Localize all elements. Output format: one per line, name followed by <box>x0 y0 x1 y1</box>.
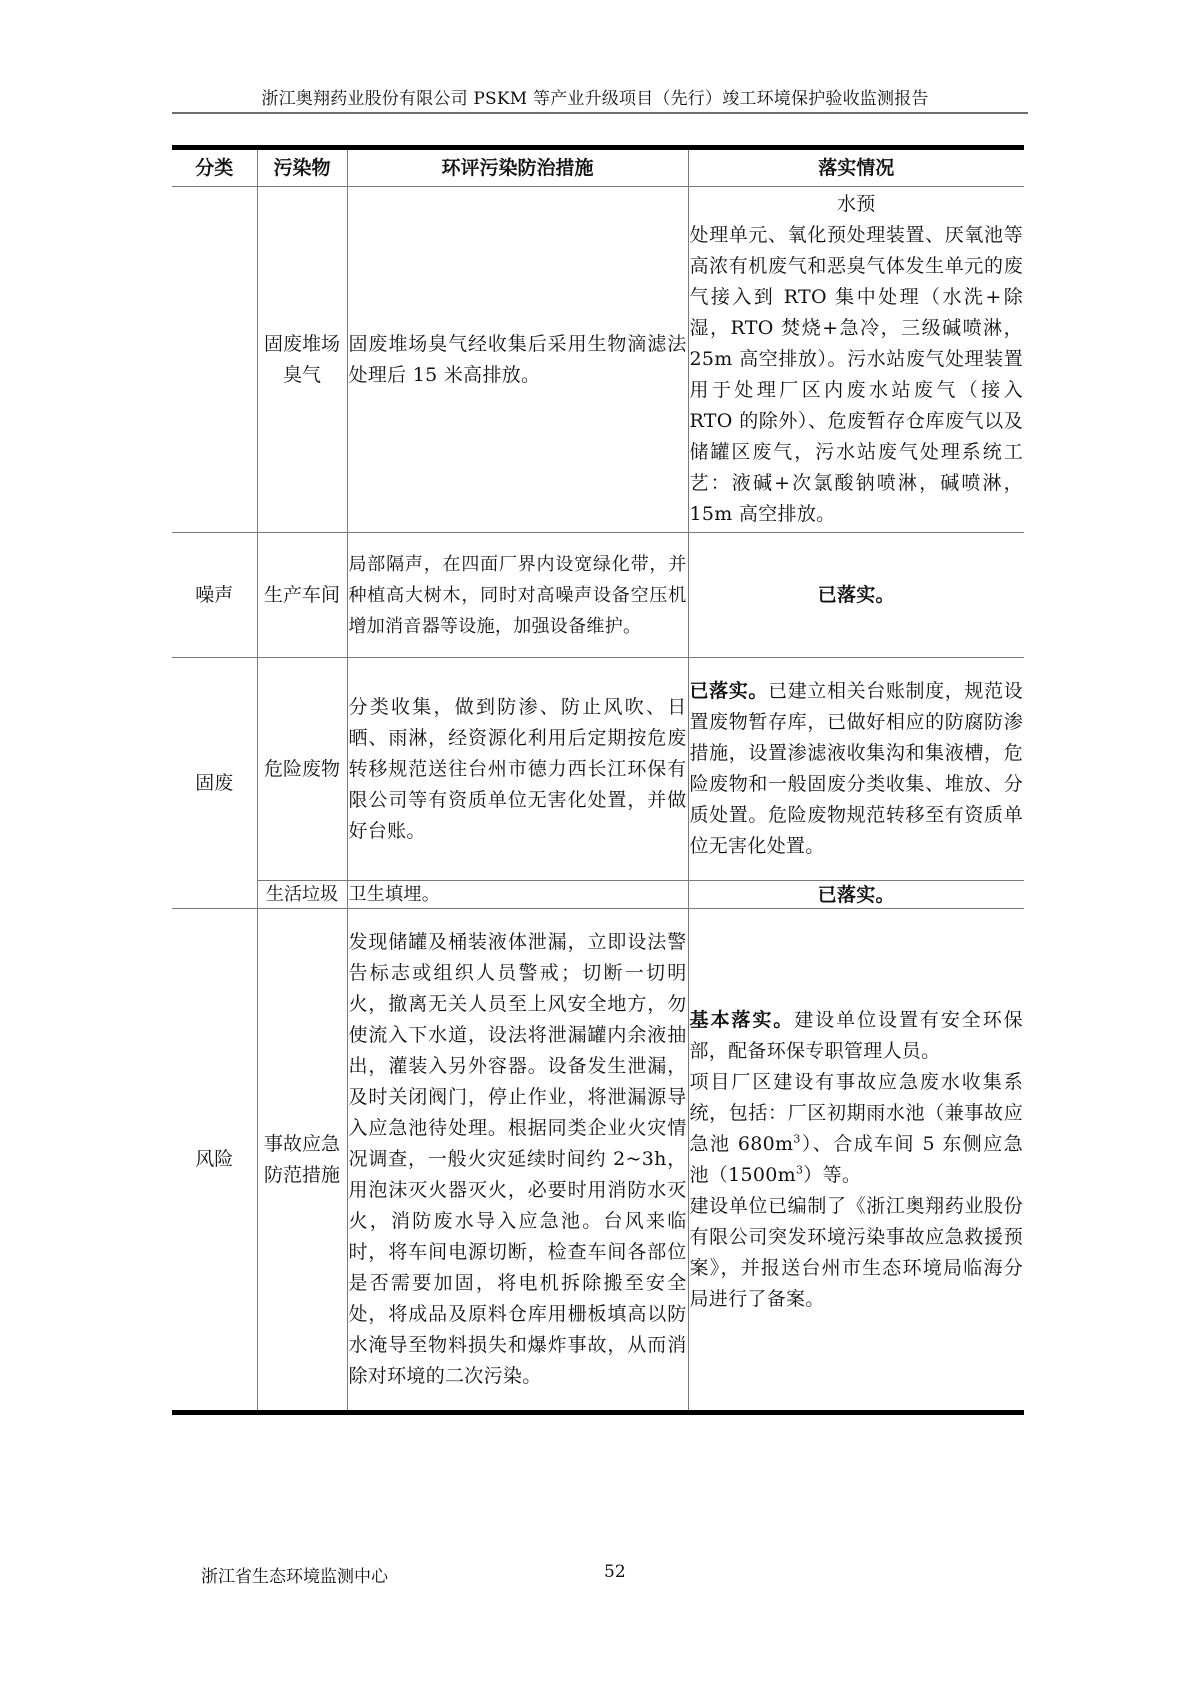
status-text: 已落实。 <box>690 882 1024 908</box>
status-cell: 基本落实。建设单位设置有安全环保部，配备环保专职管理人员。 项目厂区建设有事故应… <box>688 909 1024 1413</box>
status-text: 已建立相关台账制度，规范设置废物暂存库，已做好相应的防腐防渗措施，设置渗滤液收集… <box>690 680 1024 857</box>
category-cell: 风险 <box>172 909 257 1413</box>
pollutant-cell: 危险废物 <box>257 658 347 881</box>
header-divider <box>172 112 1028 114</box>
page-header-title: 浙江奥翔药业股份有限公司 PSKM 等产业升级项目（先行）竣工环境保护验收监测报… <box>0 84 1190 109</box>
measure-cell: 卫生填埋。 <box>347 881 688 909</box>
status-text-p2c: ）等。 <box>803 1164 861 1186</box>
table-row: 生活垃圾 卫生填埋。 已落实。 <box>172 881 1024 909</box>
table-row: 固废 危险废物 分类收集，做到防渗、防止风吹、日晒、雨淋，经资源化利用后定期按危… <box>172 658 1024 881</box>
measure-cell: 发现储罐及桶装液体泄漏，立即设法警告标志或组织人员警戒；切断一切明火，撤离无关人… <box>347 909 688 1413</box>
page-number: 52 <box>604 1562 626 1582</box>
status-text: 处理单元、氧化预处理装置、厌氧池等高浓有机废气和恶臭气体发生单元的废气接入到 R… <box>690 220 1024 530</box>
column-header-measure: 环评污染防治措施 <box>347 148 688 187</box>
pollutant-cell: 事故应急防范措施 <box>257 909 347 1413</box>
table-row: 噪声 生产车间 局部隔声，在四面厂界内设宽绿化带，并种植高大树木，同时对高噪声设… <box>172 533 1024 658</box>
status-cell: 已落实。已建立相关台账制度，规范设置废物暂存库，已做好相应的防腐防渗措施，设置渗… <box>688 658 1024 881</box>
status-cell: 水预 处理单元、氧化预处理装置、厌氧池等高浓有机废气和恶臭气体发生单元的废气接入… <box>688 187 1024 533</box>
column-header-pollutant: 污染物 <box>257 148 347 187</box>
status-cell: 已落实。 <box>688 881 1024 909</box>
category-cell: 固废 <box>172 658 257 909</box>
status-text: 已落实。 <box>690 580 1024 611</box>
measure-cell: 局部隔声，在四面厂界内设宽绿化带，并种植高大树木，同时对高噪声设备空压机增加消音… <box>347 533 688 658</box>
footer-organization: 浙江省生态环境监测中心 <box>201 1562 388 1587</box>
category-cell: 噪声 <box>172 533 257 658</box>
table-row: 风险 事故应急防范措施 发现储罐及桶装液体泄漏，立即设法警告标志或组织人员警戒；… <box>172 909 1024 1413</box>
status-bold-text: 已落实。 <box>690 680 769 702</box>
pollutant-cell: 生产车间 <box>257 533 347 658</box>
status-lead-text: 水预 <box>690 189 1024 220</box>
table-header-row: 分类 污染物 环评污染防治措施 落实情况 <box>172 148 1024 187</box>
measures-table: 分类 污染物 环评污染防治措施 落实情况 固废堆场臭气 固废堆场臭气经收集后采用… <box>172 145 1024 1415</box>
pollutant-cell: 生活垃圾 <box>257 881 347 909</box>
status-cell: 已落实。 <box>688 533 1024 658</box>
measure-cell: 固废堆场臭气经收集后采用生物滴滤法处理后 15 米高排放。 <box>347 187 688 533</box>
column-header-status: 落实情况 <box>688 148 1024 187</box>
pollutant-cell: 固废堆场臭气 <box>257 187 347 533</box>
status-bold-text: 基本落实。 <box>690 1009 795 1031</box>
column-header-category: 分类 <box>172 148 257 187</box>
category-cell <box>172 187 257 533</box>
status-text-p3: 建设单位已编制了《浙江奥翔药业股份有限公司突发环境污染事故应急救援预案》，并报送… <box>690 1191 1024 1315</box>
table-row: 固废堆场臭气 固废堆场臭气经收集后采用生物滴滤法处理后 15 米高排放。 水预 … <box>172 187 1024 533</box>
superscript: 3 <box>793 1132 800 1145</box>
measure-cell: 分类收集，做到防渗、防止风吹、日晒、雨淋，经资源化利用后定期按危废转移规范送往台… <box>347 658 688 881</box>
